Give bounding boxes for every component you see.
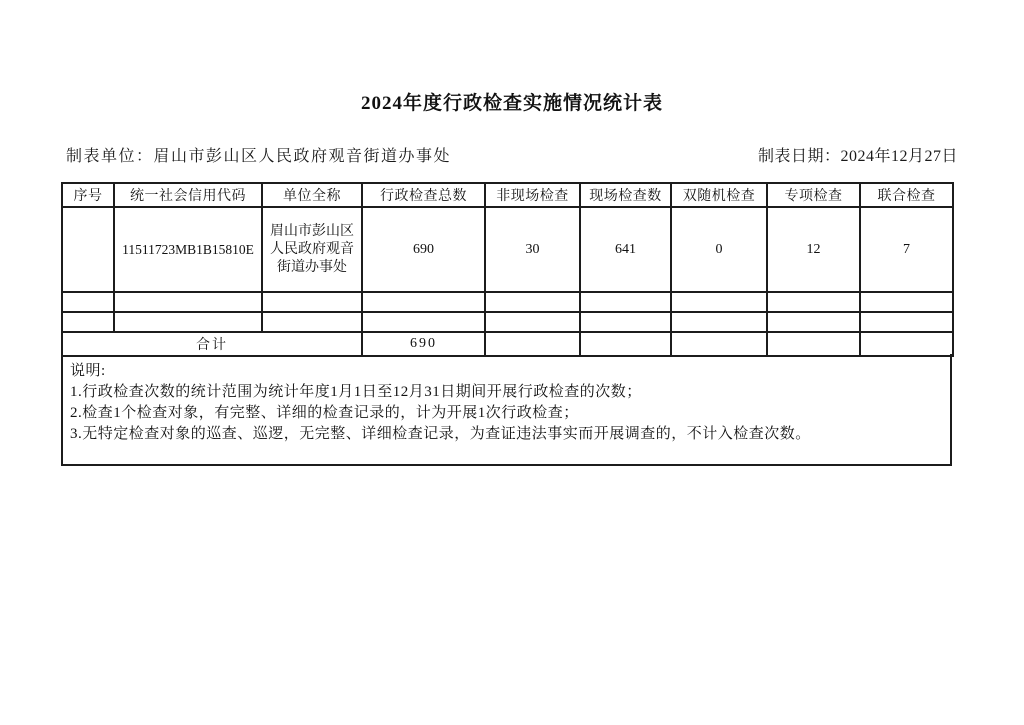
note-item-2: 2.检查1个检查对象，有完整、详细的检查记录的，计为开展1次行政检查； <box>70 403 942 424</box>
cell-offsite: 30 <box>485 207 580 292</box>
header-onsite-inspections: 现场检查数 <box>580 183 671 207</box>
total-double-random <box>671 332 767 356</box>
cell-unit-name: 眉山市彭山区人民政府观音街道办事处 <box>262 207 362 292</box>
cell-joint: 7 <box>860 207 953 292</box>
cell-credit-code: 11511723MB1B15810E <box>114 207 262 292</box>
document-page: 2024年度行政检查实施情况统计表 制表单位：眉山市彭山区人民政府观音街道办事处… <box>0 0 1024 725</box>
cell-onsite: 641 <box>580 207 671 292</box>
preparer-unit: 制表单位：眉山市彭山区人民政府观音街道办事处 <box>66 143 451 166</box>
meta-row: 制表单位：眉山市彭山区人民政府观音街道办事处 制表日期：2024年12月27日 <box>66 143 958 166</box>
total-offsite <box>485 332 580 356</box>
total-label: 合计 <box>62 332 362 356</box>
header-total-inspections: 行政检查总数 <box>362 183 485 207</box>
page-title: 2024年度行政检查实施情况统计表 <box>0 88 1024 115</box>
notes-section: 说明: 1.行政检查次数的统计范围为统计年度1月1日至12月31日期间开展行政检… <box>61 354 952 466</box>
inspection-stats-table: 序号 统一社会信用代码 单位全称 行政检查总数 非现场检查 现场检查数 双随机检… <box>61 182 954 357</box>
cell-total: 690 <box>362 207 485 292</box>
note-item-3: 3.无特定检查对象的巡查、巡逻，无完整、详细检查记录，为查证违法事实而开展调查的… <box>70 424 942 445</box>
empty-table-row <box>62 292 953 312</box>
total-special <box>767 332 860 356</box>
header-special-inspections: 专项检查 <box>767 183 860 207</box>
total-row: 合计 690 <box>62 332 953 356</box>
header-unit-name: 单位全称 <box>262 183 362 207</box>
notes-heading: 说明: <box>70 361 942 382</box>
cell-special: 12 <box>767 207 860 292</box>
table-row: 11511723MB1B15810E 眉山市彭山区人民政府观音街道办事处 690… <box>62 207 953 292</box>
table-header-row: 序号 统一社会信用代码 单位全称 行政检查总数 非现场检查 现场检查数 双随机检… <box>62 183 953 207</box>
empty-table-row <box>62 312 953 332</box>
note-item-1: 1.行政检查次数的统计范围为统计年度1月1日至12月31日期间开展行政检查的次数… <box>70 382 942 403</box>
header-credit-code: 统一社会信用代码 <box>114 183 262 207</box>
cell-double-random: 0 <box>671 207 767 292</box>
total-onsite <box>580 332 671 356</box>
header-double-random: 双随机检查 <box>671 183 767 207</box>
header-joint-inspections: 联合检查 <box>860 183 953 207</box>
preparation-date: 制表日期：2024年12月27日 <box>758 143 958 166</box>
total-joint <box>860 332 953 356</box>
header-seq: 序号 <box>62 183 114 207</box>
header-offsite-inspections: 非现场检查 <box>485 183 580 207</box>
cell-seq <box>62 207 114 292</box>
total-total: 690 <box>362 332 485 356</box>
